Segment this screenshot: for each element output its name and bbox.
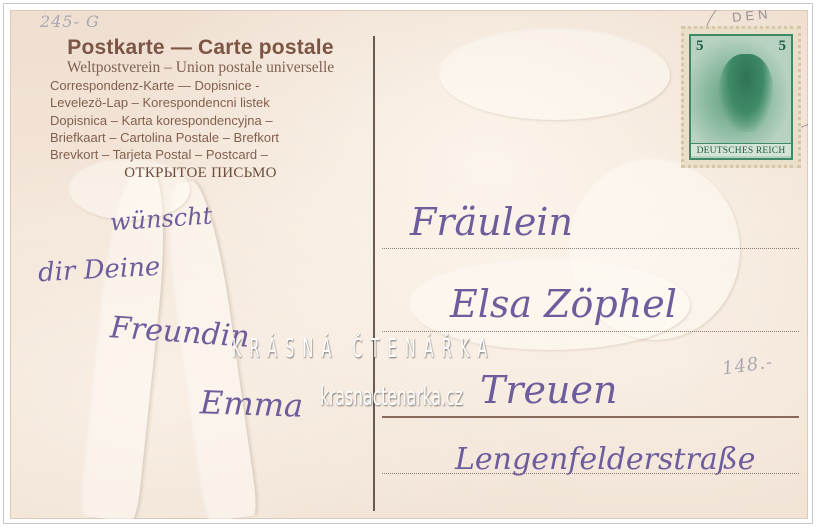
embossed-foliage — [440, 30, 670, 120]
address-recipient-name: Elsa Zöphel — [450, 282, 677, 326]
address-line — [382, 331, 799, 332]
address-recipient-title: Fräulein — [410, 200, 573, 244]
upu-subtitle: Weltpostverein – Union postale universel… — [28, 59, 373, 77]
address-city: Treuen — [480, 368, 617, 412]
address-street: Lengenfelderstraße — [455, 442, 756, 477]
language-line: Brevkort – Tarjeta Postal – Postcard – — [28, 146, 373, 163]
address-line — [382, 416, 799, 418]
germania-figure-icon — [719, 54, 773, 132]
stamp-country: DEUTSCHES REICH — [691, 143, 791, 156]
language-line: Dopisnica – Karta korespondencyjna – — [28, 112, 373, 129]
postage-stamp: 5 5 DEUTSCHES REICH — [681, 26, 801, 168]
stamp-value-right: 5 — [779, 38, 787, 55]
postcard: 245- G Postkarte — Carte postale Weltpos… — [10, 10, 808, 519]
vertical-divider — [373, 36, 375, 511]
pencil-inventory-note: 245- G — [40, 12, 100, 31]
language-line: Levelezö-Lap – Korespondencni listek — [28, 94, 373, 111]
address-line — [382, 248, 799, 249]
message-line: dir Deine — [37, 252, 161, 288]
watermark-url: krasnactenarka.cz — [320, 382, 463, 412]
germania-stamp-icon: 5 5 DEUTSCHES REICH — [689, 34, 793, 160]
stamp-value-left: 5 — [696, 38, 704, 55]
postcard-title: Postkarte — Carte postale — [28, 36, 373, 60]
postcard-header: Postkarte — Carte postale Weltpostverein… — [28, 36, 373, 182]
language-line: Correspondenz-Karte — Dopisnice - — [28, 77, 373, 94]
language-line: Briefkaart – Cartolina Postale – Brefkor… — [28, 129, 373, 146]
pencil-price-note: 148.- — [721, 352, 775, 380]
message-line: Emma — [199, 383, 303, 425]
russian-title: ОТКРЫТОЕ ПИСЬМО — [28, 165, 373, 182]
watermark-title: KRÁSNÁ ČTENÁŘKA — [232, 334, 495, 364]
